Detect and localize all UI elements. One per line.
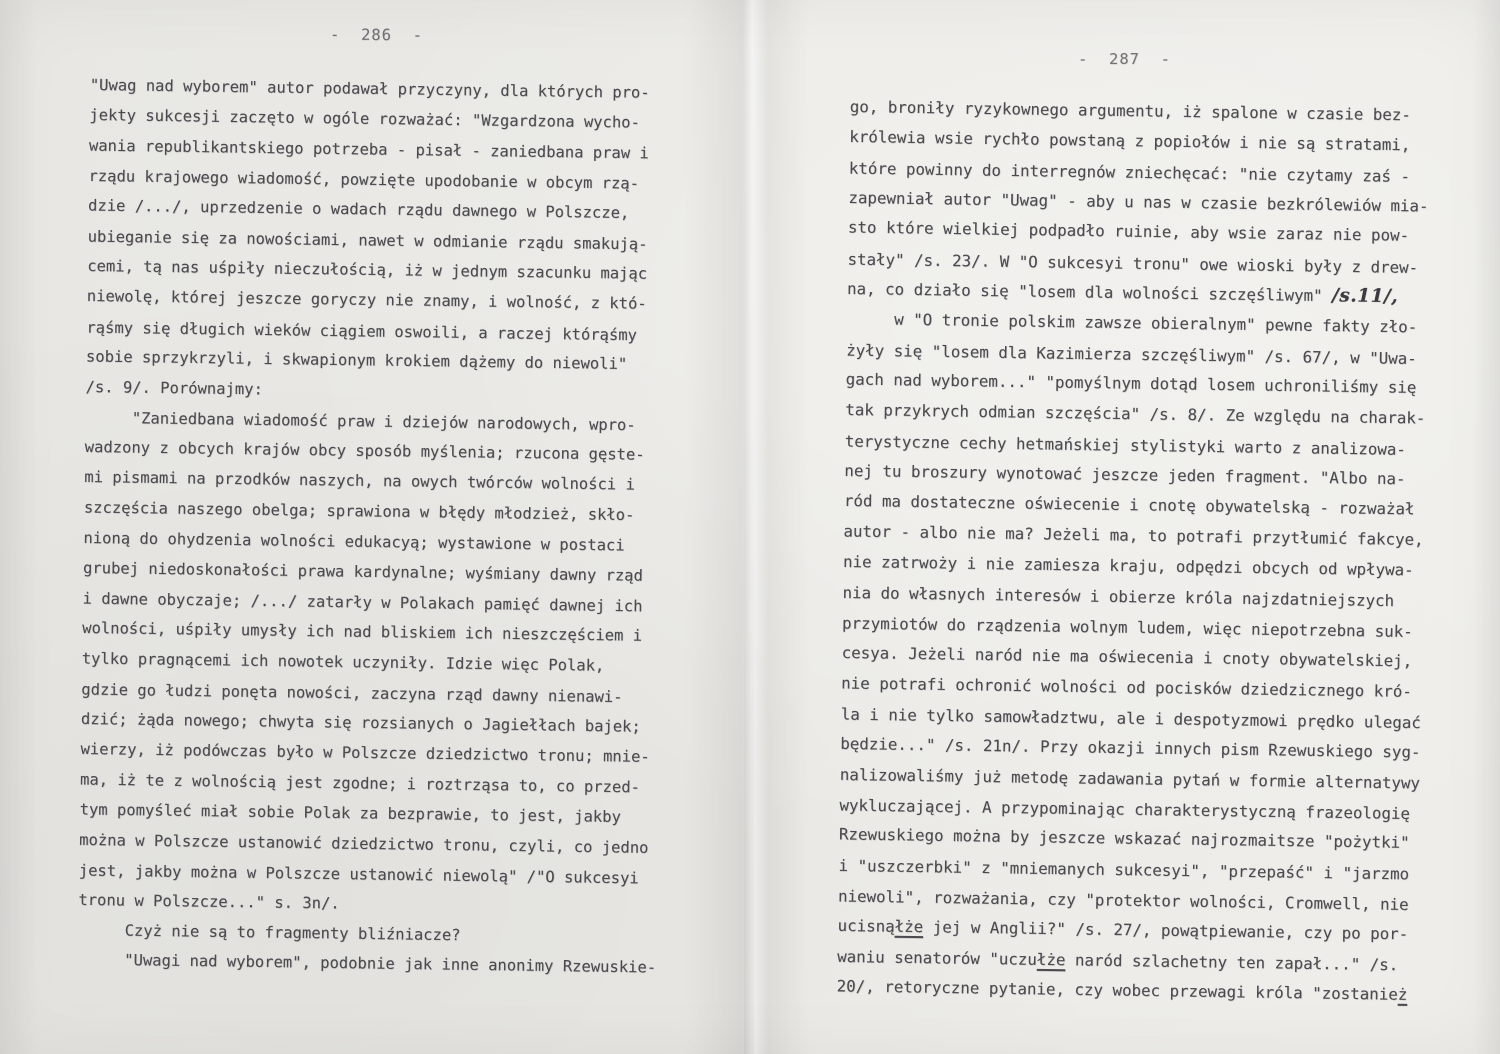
typewritten-text: autor - albo nie ma? Jeżeli ma, to potra… [843,521,1423,549]
typewritten-text: cesya. Jeżeli naród nie ma oświecenia i … [842,643,1413,670]
typewritten-text: przymiotów do rządzenia wolnym ludem, wi… [842,613,1413,640]
typewritten-text: nie zatrwoży i nie zamiesza kraju, odpęd… [843,552,1414,579]
handwritten-annotation: /s.11/, [1332,285,1398,307]
typewritten-text: tylko pragnącemi ich nowotek uczyniły. I… [82,649,605,674]
typewritten-text: cemi, tą nas uśpiły nieczułością, iż w j… [87,257,647,283]
typewritten-text: zapewniał autor "Uwag" - aby u nas w cza… [848,188,1428,216]
typewritten-text: "Uwagi nad wyborem", podobnie jak inne a… [77,951,656,977]
typewritten-text: jekty sukcesji zaczęto w ogóle rozważać:… [89,106,640,132]
book-scan: - 286 - - 287 - "Uwag nad wyborem" autor… [0,0,1500,1054]
typewritten-text: żyły się "losem dla Kazimierza szczęśliw… [846,340,1417,367]
typewritten-text: go, broniły ryzykownego argumentu, iż sp… [850,97,1411,124]
typewritten-text: wania republikantskiego potrzeba - pisał… [89,137,649,163]
typewritten-text: królewia wsie rychło powstaną z popiołów… [849,127,1410,154]
typewritten-text: grubej niedoskonałości prawa kardynalne;… [83,559,643,585]
typewritten-text: w "O tronie polskim zawsze obieralnym" p… [846,309,1417,336]
typewritten-text: mi pismami na przodków naszych, na owych… [84,468,635,494]
typewritten-text: dzić; żąda nowego; chwyta się rozsianych… [81,710,641,736]
typewritten-text: "Zaniedbana wiadomość praw i dziejów nar… [85,409,636,435]
typewritten-text: ubieganie się za nowościami, nawet w odm… [88,228,648,254]
typewritten-text: i dawne obyczaje; /.../ zatarły w Polaka… [82,590,642,616]
underlined-text: łże [1037,949,1066,968]
underlined-text: ż [1398,985,1408,1004]
typewritten-text: nia do własnych interesów i obierze król… [842,582,1394,609]
typewritten-text: gach nad wyborem..." "pomyślnym dotąd lo… [846,370,1417,397]
typewritten-text: które powinny do interregnów zniechęcać:… [849,158,1410,185]
typewritten-text: nej tu broszury wynotować jeszcze jeden … [844,461,1405,488]
typewritten-text: /s. 9/. Porównajmy: [85,378,263,398]
typewritten-text: jej w Anglii?" /s. 27/, powątpiewanie, c… [923,917,1408,943]
typewritten-text: i "uszczerbki" z "mniemanych sukcesyi", … [838,856,1409,883]
typewritten-text: rąśmy się długich wieków ciągiem oswoili… [86,318,637,344]
typewritten-text: sto które wielkiej podpadło ruinie, aby … [848,218,1409,245]
typewritten-text: wadzony z obcych krajów obcy sposób myśl… [85,438,645,464]
typewritten-text: sobie sprzykrzyli, i skwapionym krokiem … [86,347,627,373]
typewritten-text: tym pomyśleć miał sobie Polak za bezpraw… [80,800,621,826]
typewritten-text: la i nie tylko samowładztwu, ale i despo… [841,704,1421,732]
typewritten-text: ucisną [837,916,894,936]
typewritten-text: tak przykrych odmian szczęścia" /s. 8/. … [845,400,1425,428]
typewritten-text: wolności, uśpiły umysły ich nad bliskiem… [82,619,642,645]
typewritten-text: tronu w Polszcze..." s. 3n/. [78,891,340,913]
typewritten-text: Czyż nie są to fragmenty bliźniacze? [78,921,461,944]
typewritten-text: rządu krajowego wiadomość, powzięte upod… [88,167,639,193]
typewritten-text: wykluczającej. A przypominając charakter… [839,795,1410,822]
page-number-left: - 286 - [330,26,423,45]
typewritten-text: będzie..." /s. 21n/. Przy okazji innych … [840,734,1420,762]
typewritten-text: nie potrafi ochronić wolności od pociskó… [841,673,1412,700]
typewritten-text: terystyczne cechy hetmańskiej stylistyki… [845,431,1406,458]
typewritten-text: naród szlachetny ten zapał..." /s. [1065,950,1398,974]
page-text-right: go, broniły ryzykownego argumentu, iż sp… [836,92,1430,1011]
typewritten-text: ród ma dostateczne oświecenie i cnotę ob… [844,491,1415,518]
typewritten-text: nalizowaliśmy już metodę zadawania pytań… [840,764,1420,792]
typewritten-text: stały" /s. 23/. W "O sukcesyi tronu" owe… [847,249,1418,276]
typewritten-text: nioną do ohydzenia wolności edukacyą; wy… [83,529,624,555]
typewritten-text: szczęścia naszego obelga; sprawiona w bł… [84,498,635,524]
typewritten-text: można w Polszcze ustanowić dziedzictwo t… [79,831,648,857]
typewritten-text: gdzie go łudzi ponęta nowości, zaczyna r… [81,680,622,706]
typewritten-text: dzie /.../, uprzedzenie o wadach rządu d… [88,196,629,222]
typewritten-text: Rzewuskiego można by jeszcze wskazać naj… [839,825,1410,852]
typewritten-text: "Uwag nad wyborem" autor podawał przyczy… [90,76,650,102]
typewritten-text: niewoli", rozważania, czy "protektor wol… [838,886,1409,913]
typewritten-text: waniu senatorów "uczu [837,947,1037,969]
page-number-right: - 287 - [1078,50,1171,68]
typewritten-text: ma, iż te z wolnością jest zgodne; i roz… [80,771,640,797]
typewritten-text: na, co działo się "losem dla wolności sz… [847,279,1332,305]
typewritten-text: wierzy, iż podówczas było w Polszcze dzi… [80,740,649,766]
typewritten-text: 20/, retoryczne pytanie, czy wobec przew… [837,976,1398,1003]
typewritten-text: niewolę, której jeszcze goryczy nie znam… [87,287,647,313]
typewritten-text: jest, jakby można w Polszcze ustanowić n… [79,861,639,887]
underlined-text: łże [895,917,924,936]
page-text-left: "Uwag nad wyborem" autor podawał przyczy… [77,70,668,984]
